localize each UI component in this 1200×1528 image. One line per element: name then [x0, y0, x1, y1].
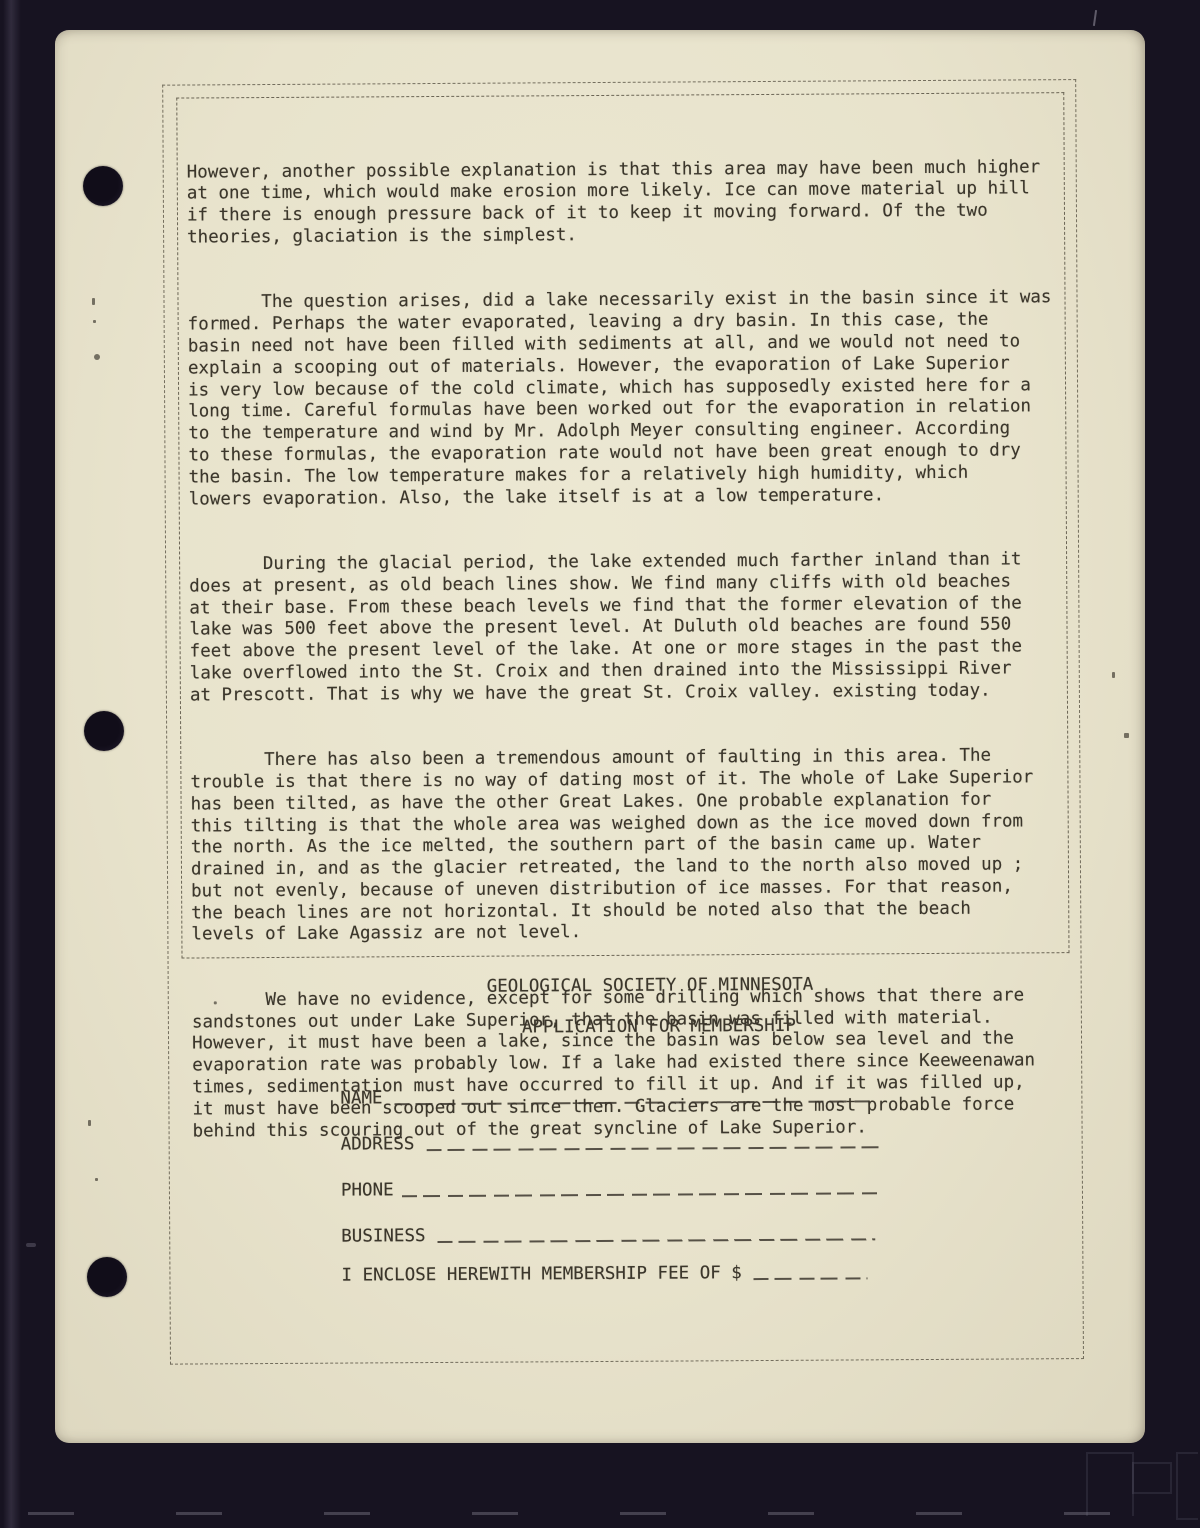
scanner-bed-sheen	[3, 0, 21, 1528]
ink-speck	[88, 1120, 91, 1126]
paragraph-faulting-tilting: There has also been a tremendous amount …	[190, 745, 1055, 946]
form-field-business: BUSINESS	[341, 1223, 875, 1246]
scanner-bed-bottom-marks	[28, 1512, 1188, 1515]
paragraph-basin-evidence: We have no evidence, except for some dri…	[192, 985, 1057, 1143]
scan-scratch	[1093, 10, 1097, 26]
fee-input-line	[754, 1277, 868, 1280]
scan-scratch	[26, 1243, 36, 1247]
ink-speck	[214, 1001, 217, 1004]
paragraph-erosion-theories: However, another possible explanation is…	[187, 157, 1051, 249]
paragraph-lake-evaporation: The question arises, did a lake necessar…	[187, 288, 1052, 511]
ink-speck	[94, 354, 100, 360]
ink-speck	[93, 320, 96, 323]
form-field-address: ADDRESS	[341, 1131, 879, 1154]
scanner-bed-artifact	[1086, 1452, 1134, 1516]
punch-hole-middle	[84, 711, 124, 751]
name-label: NAME	[340, 1088, 382, 1108]
form-field-name: NAME	[340, 1085, 872, 1108]
form-field-membership-fee: I ENCLOSE HEREWITH MEMBERSHIP FEE OF $	[341, 1262, 867, 1285]
scanner-bed-artifact	[1132, 1462, 1172, 1494]
punch-hole-top	[83, 166, 123, 206]
ink-speck	[92, 298, 95, 305]
paragraph-glacial-beaches: During the glacial period, the lake exte…	[189, 549, 1054, 707]
fee-statement-label: I ENCLOSE HEREWITH MEMBERSHIP FEE OF $	[341, 1263, 741, 1285]
form-field-phone: PHONE	[341, 1177, 882, 1200]
name-input-line	[395, 1100, 873, 1105]
ink-speck	[1124, 733, 1129, 738]
typed-content-layer: However, another possible explanation is…	[51, 27, 1150, 1447]
business-label: BUSINESS	[341, 1226, 425, 1247]
ink-speck	[95, 1178, 98, 1181]
address-label: ADDRESS	[341, 1134, 415, 1154]
document-page: However, another possible explanation is…	[55, 30, 1145, 1443]
phone-label: PHONE	[341, 1180, 394, 1200]
form-title: APPLICATION FOR MEMBERSHIP	[522, 1016, 796, 1038]
punch-hole-bottom	[87, 1257, 127, 1297]
business-input-line	[438, 1238, 876, 1243]
address-input-line	[426, 1146, 878, 1151]
ink-speck	[1112, 672, 1115, 678]
scanner-bed-artifact	[1176, 1452, 1198, 1520]
phone-input-line	[402, 1192, 882, 1197]
organization-title: GEOLOGICAL SOCIETY OF MINNESOTA	[487, 975, 814, 997]
